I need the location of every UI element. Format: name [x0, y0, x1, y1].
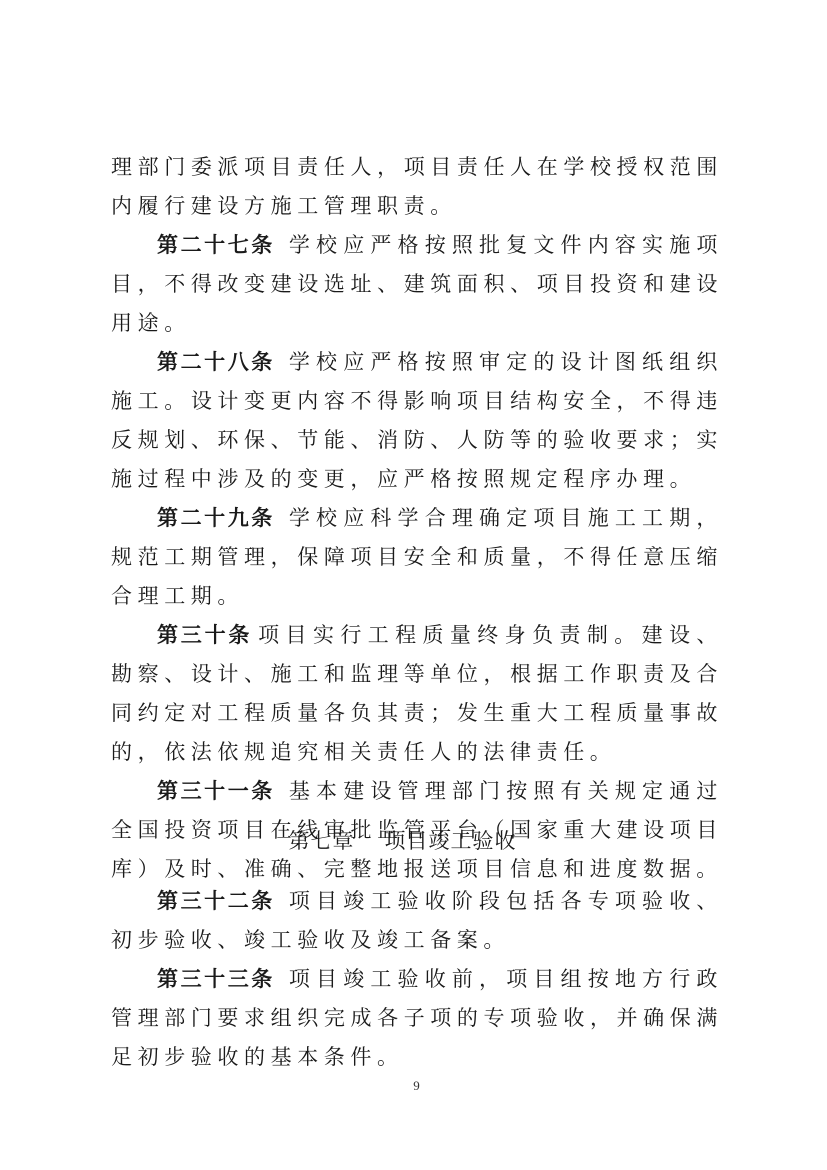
- body-section-lower: 第三十二条项目竣工验收阶段包括各专项验收、初步验收、竣工验收及竣工备案。 第三十…: [111, 882, 723, 1077]
- article-30: 第三十条项目实行工程质量终身负责制。建设、勘察、设计、施工和监理等单位，根据工作…: [111, 616, 723, 772]
- article-label: 第二十九条: [157, 506, 275, 530]
- continuation-paragraph: 理部门委派项目责任人，项目责任人在学校授权范围内履行建设方施工管理职责。: [111, 148, 723, 226]
- chapter-number: 第七章: [289, 829, 355, 853]
- body-section-upper: 理部门委派项目责任人，项目责任人在学校授权范围内履行建设方施工管理职责。 第二十…: [111, 148, 723, 889]
- article-27: 第二十七条学校应严格按照批复文件内容实施项目，不得改变建设选址、建筑面积、项目投…: [111, 226, 723, 343]
- article-label: 第三十二条: [157, 889, 275, 913]
- article-label: 第三十条: [157, 623, 252, 647]
- chapter-title: 项目竣工验收: [385, 829, 517, 853]
- chapter-heading: 第七章项目竣工验收: [0, 826, 805, 856]
- article-label: 第三十一条: [157, 779, 275, 803]
- article-label: 第二十八条: [157, 350, 275, 374]
- article-29: 第二十九条学校应科学合理确定项目施工工期，规范工期管理，保障项目安全和质量，不得…: [111, 499, 723, 616]
- article-label: 第二十七条: [157, 233, 275, 257]
- article-28: 第二十八条学校应严格按照审定的设计图纸组织施工。设计变更内容不得影响项目结构安全…: [111, 343, 723, 499]
- article-33: 第三十三条项目竣工验收前，项目组按地方行政管理部门要求组织完成各子项的专项验收，…: [111, 960, 723, 1077]
- page-number: 9: [0, 1078, 827, 1094]
- article-32: 第三十二条项目竣工验收阶段包括各专项验收、初步验收、竣工验收及竣工备案。: [111, 882, 723, 960]
- document-page: 理部门委派项目责任人，项目责任人在学校授权范围内履行建设方施工管理职责。 第二十…: [0, 0, 827, 1170]
- article-label: 第三十三条: [157, 967, 275, 991]
